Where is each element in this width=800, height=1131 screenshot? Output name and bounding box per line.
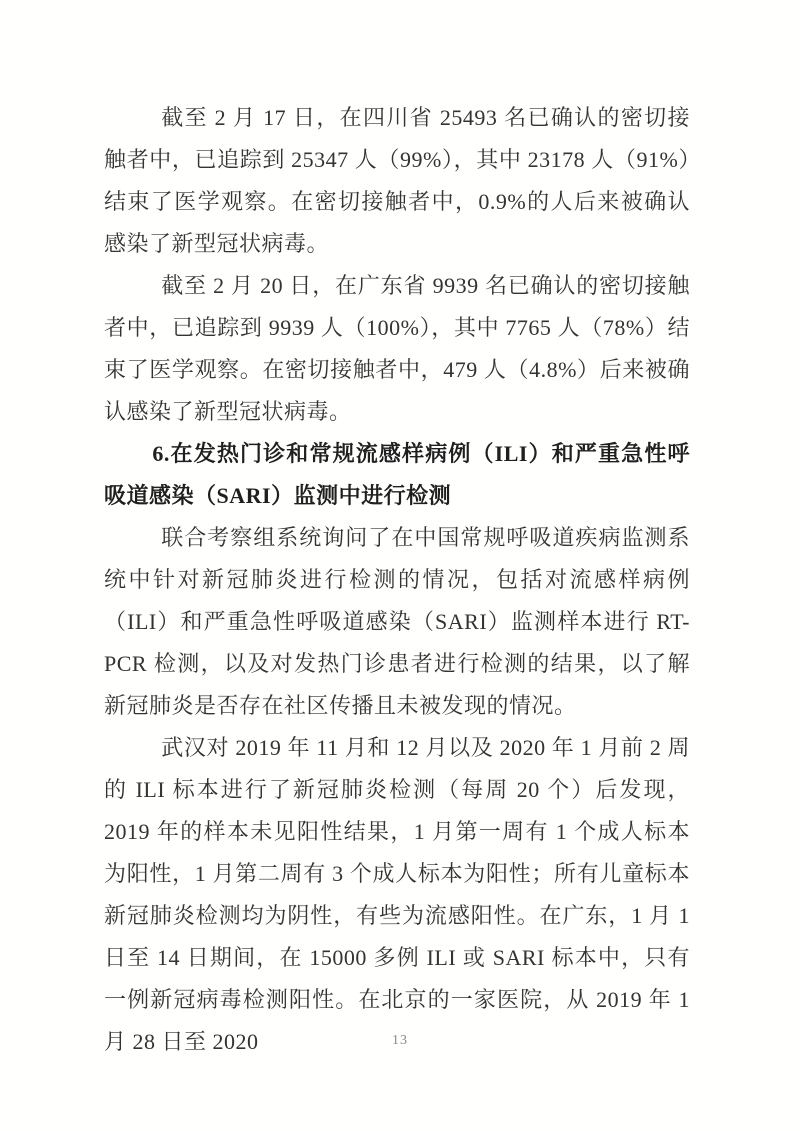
section-heading-ili-sari-testing: 6.在发热门诊和常规流感样病例（ILI）和严重急性呼吸道感染（SARI）监测中进… — [104, 433, 690, 517]
page-number: 13 — [0, 1031, 800, 1051]
paragraph-guangdong-contact-tracing: 截至 2 月 20 日，在广东省 9939 名已确认的密切接触者中，已追踪到 9… — [104, 265, 690, 433]
document-page: 截至 2 月 17 日，在四川省 25493 名已确认的密切接触者中，已追踪到 … — [0, 0, 800, 1131]
page-content: 截至 2 月 17 日，在四川省 25493 名已确认的密切接触者中，已追踪到 … — [104, 97, 690, 1063]
paragraph-surveillance-system-overview: 联合考察组系统询问了在中国常规呼吸道疾病监测系统中针对新冠肺炎进行检测的情况，包… — [104, 517, 690, 727]
paragraph-ili-sari-test-results: 武汉对 2019 年 11 月和 12 月以及 2020 年 1 月前 2 周的… — [104, 727, 690, 1063]
paragraph-sichuan-contact-tracing: 截至 2 月 17 日，在四川省 25493 名已确认的密切接触者中，已追踪到 … — [104, 97, 690, 265]
